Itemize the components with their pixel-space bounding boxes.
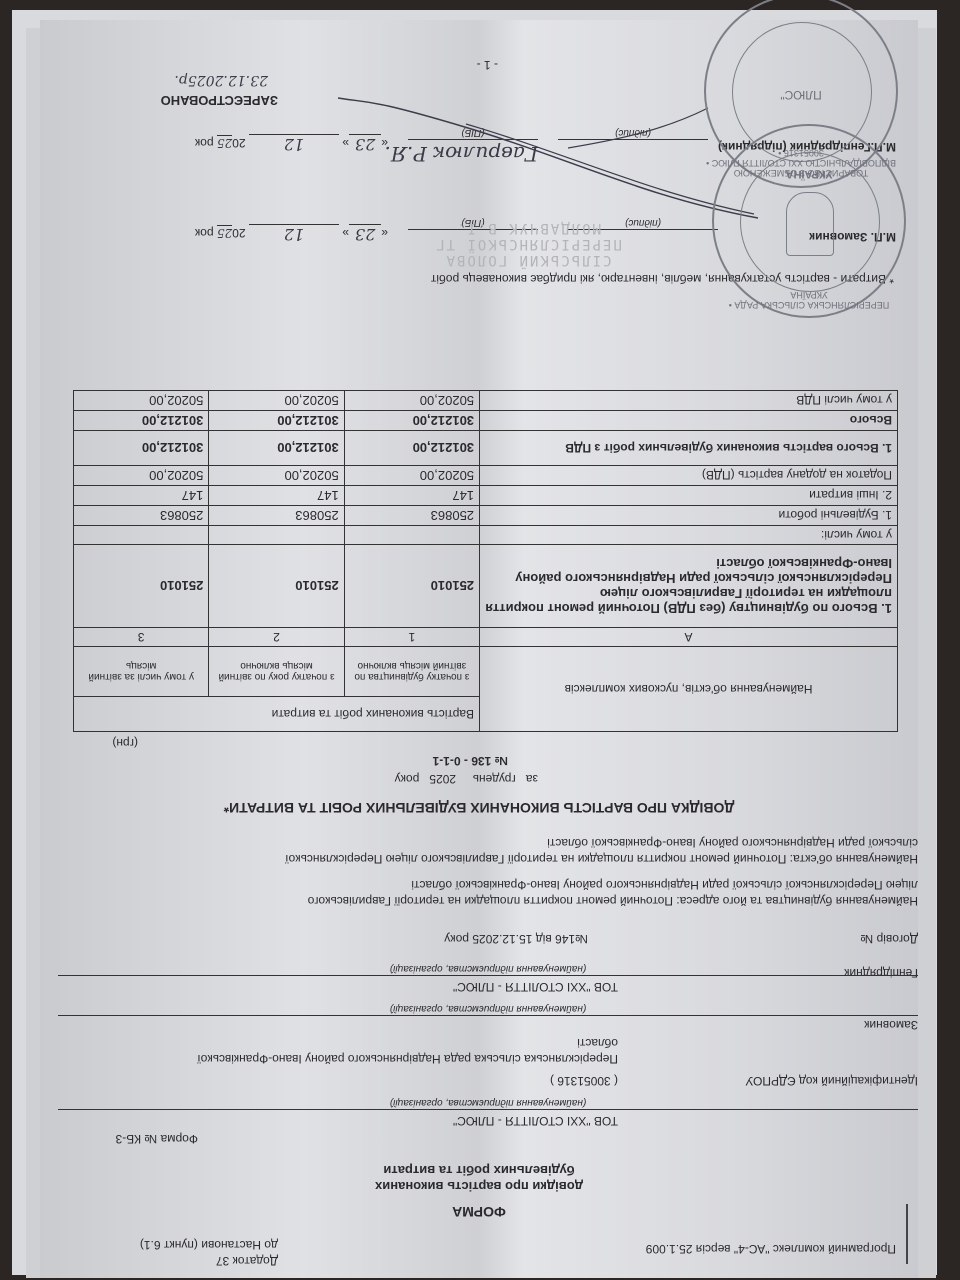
customer-label: Замовник	[864, 1018, 918, 1032]
row-value: 301212,00	[74, 431, 209, 466]
row-value: 50202,00	[344, 466, 479, 486]
table-row: 2. Інші витрати147147147	[74, 486, 898, 506]
contract-value: №146 від 15.12.2025 року	[444, 932, 588, 946]
col-name-header: Найменування об'єктів, пускових комплекс…	[480, 647, 898, 732]
trident-icon	[786, 192, 834, 256]
site-line-1: Найменування будівництва та його адреса:…	[308, 894, 918, 908]
signature-strokes	[328, 78, 768, 278]
col-code: А	[480, 628, 898, 647]
org-caption: (найменування підприємства, організації)	[58, 963, 918, 974]
form-number: Форма № КБ-3	[116, 1132, 198, 1146]
appendix-line1: Додаток 37	[216, 1254, 278, 1268]
row-value	[74, 526, 209, 545]
row-value: 147	[209, 486, 344, 506]
row-value: 251010	[74, 545, 209, 628]
row-name: у тому числі ПДВ	[480, 391, 898, 411]
certificate-number: № 136 - 0-1-1	[433, 754, 508, 768]
table-row: Податок на додану вартість (ПДВ)50202,00…	[74, 466, 898, 486]
row-value: 250863	[344, 506, 479, 526]
registration-date: 23.12.2025р.	[174, 72, 268, 88]
col3-header: у тому числі за звітний місяць	[74, 647, 209, 697]
row-name: 1. Всього вартість виконаних будівельних…	[480, 431, 898, 466]
contract-label: Договір №	[860, 932, 918, 946]
certificate-period: за грудень 2025 року	[395, 772, 538, 786]
document-page: Програмний комплекс "АС-4" версія 25.1.0…	[40, 20, 918, 1278]
table-row: 1. Всього по будівництву (без ПДВ) Поточ…	[74, 545, 898, 628]
form-subtitle-2: будівельних робіт та витрати	[40, 1163, 918, 1178]
general-contractor-name: ТОВ "ХХІ СТОЛІТТЯ - ПЛЮС"	[453, 980, 618, 994]
row-value: 301212,00	[344, 431, 479, 466]
certificate-title: ДОВІДКА ПРО ВАРТІСТЬ ВИКОНАНИХ БУДІВЕЛЬН…	[40, 800, 918, 816]
col-code: 2	[209, 628, 344, 647]
col2-header: з початку року по звітний місяць включно	[209, 647, 344, 697]
row-value: 301212,00	[209, 431, 344, 466]
table-row: Всього301212,00301212,00301212,00	[74, 411, 898, 431]
row-value	[344, 526, 479, 545]
customer-name-2: області	[577, 1036, 618, 1050]
row-value: 50202,00	[209, 466, 344, 486]
row-name: 1. Всього по будівництву (без ПДВ) Поточ…	[480, 545, 898, 628]
row-name: 1. Будівельні роботи	[480, 506, 898, 526]
row-value: 250863	[209, 506, 344, 526]
row-name: Податок на додану вартість (ПДВ)	[480, 466, 898, 486]
site-line-2: ліцею Перерісклянської сільської ради На…	[411, 878, 918, 892]
row-name: 2. Інші витрати	[480, 486, 898, 506]
page-number: - 1 -	[477, 58, 498, 72]
row-value: 50202,00	[74, 466, 209, 486]
row-value: 301212,00	[74, 411, 209, 431]
row-value: 301212,00	[344, 411, 479, 431]
row-value: 301212,00	[209, 411, 344, 431]
table-row: 1. Всього вартість виконаних будівельних…	[74, 431, 898, 466]
row-value: 50202,00	[209, 391, 344, 411]
contractor-round-stamp: ТОВАРИСТВО З ОБМЕЖЕНОЮ ВІДПОВІДАЛЬНІСТЮ …	[704, 0, 898, 188]
program-name: Програмний комплекс "АС-4" версія 25.1.0…	[646, 1242, 896, 1256]
row-value: 50202,00	[74, 391, 209, 411]
contractor-name: ТОВ "ХХІ СТОЛІТТЯ - ПЛЮС"	[453, 1114, 618, 1128]
row-name: Всього	[480, 411, 898, 431]
cost-table: Найменування об'єктів, пускових комплекс…	[73, 390, 898, 732]
row-value: 50202,00	[344, 391, 479, 411]
edrpou-label: Ідентифікаційний код ЄДРПОУ	[746, 1074, 918, 1088]
currency: (грн)	[112, 736, 138, 750]
appendix-line2: до Настанови (пункт 6.1)	[140, 1238, 278, 1252]
object-line-2: сільської ради Надвірнянського району Ів…	[547, 836, 918, 850]
form-subtitle-1: довідки про вартість виконаних	[40, 1179, 918, 1194]
col-code: 1	[344, 628, 479, 647]
table-row: у тому числі ПДВ50202,0050202,0050202,00	[74, 391, 898, 411]
row-value	[209, 526, 344, 545]
row-value: 251010	[344, 545, 479, 628]
row-name: у тому числі:	[480, 526, 898, 545]
row-value: 147	[74, 486, 209, 506]
row-value: 251010	[209, 545, 344, 628]
customer-name-1: Перерісклянська сільська рада Надвірнянс…	[197, 1052, 618, 1066]
col-code: 3	[74, 628, 209, 647]
org-caption: (найменування підприємства, організації)	[58, 1097, 918, 1108]
col-group-header: Вартість виконаних робіт та витрати	[74, 696, 480, 731]
row-value: 250863	[74, 506, 209, 526]
row-value: 147	[344, 486, 479, 506]
edrpou-value: ( 30051316 )	[550, 1074, 618, 1088]
registration-label: ЗАРЕЄСТРОВАНО	[161, 93, 278, 108]
table-row: 1. Будівельні роботи250863250863250863	[74, 506, 898, 526]
table-row: у тому числі:	[74, 526, 898, 545]
form-title: ФОРМА	[40, 1204, 918, 1220]
col1-header: з початку будівництва по звітний місяць …	[344, 647, 479, 697]
object-line-1: Найменування об'єкта: Поточний ремонт по…	[285, 852, 918, 866]
org-caption: (найменування підприємства, організації)	[58, 1003, 918, 1014]
